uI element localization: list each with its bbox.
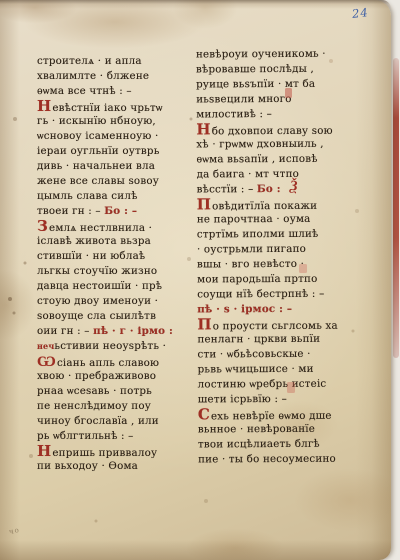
text-segment: руице вьѕъпїи · мт ба — [196, 78, 315, 91]
manuscript-line: іславѣ живота вьзра — [37, 234, 191, 249]
rubric-segment: неч — [37, 341, 54, 351]
manuscript-line: пѣ · ѕ · ірмос : – — [197, 302, 357, 318]
text-segment: стртїмь иполми шлиѣ — [197, 228, 319, 241]
text-segment: твоеи гн : – — [37, 205, 104, 217]
rubric-segment: пѣ · ѕ · ірмос : – — [197, 303, 292, 315]
manuscript-line: Нбо дховпои славу ѕою — [196, 122, 356, 138]
manuscript-line: оии гн : – пѣ · г · ірмо : — [37, 324, 191, 339]
photo-background: 24 строителѧ · и аплахвалимлте · блженеѳ… — [0, 0, 400, 560]
manuscript-line: пе ненслѣдимоу поу — [37, 399, 191, 414]
text-segment: чиноу бгославїа , или — [37, 415, 159, 427]
text-segment: вшы · вго невѣсто · — [197, 258, 304, 271]
manuscript-line: рьвь ѡчицьшисе · ми — [198, 362, 358, 378]
text-segment: милостивѣ : – — [196, 108, 272, 120]
text-segment: ѳѡма все чтнѣ : – — [37, 85, 132, 97]
text-segment: лостиню ѡребрь истеіс — [198, 378, 327, 391]
manuscript-line: стртїмь иполми шлиѣ — [197, 227, 357, 243]
manuscript-line: гь · искынїю нбноую, — [37, 114, 191, 129]
manuscript-line: Ѡсіань апль славою — [37, 354, 191, 369]
text-segment: да баига · мт чтпо — [197, 168, 300, 181]
text-segment: жене все славы ѕовоу — [37, 175, 159, 187]
text-segment: гь · искынїю нбноую, — [37, 115, 156, 127]
text-segment: ьстивии неоуѕрѣть · — [54, 340, 166, 352]
manuscript-line: вшы · вго невѣсто · — [197, 257, 357, 273]
text-segment: стоую двоу именоуи · — [37, 295, 158, 307]
manuscript-line: твоеи гн : – Бо : – — [37, 204, 191, 219]
manuscript-line: твои исцѣлиаеть блгѣ — [198, 437, 358, 453]
manuscript-line: сти · ѡбьѣсовьскые · — [197, 347, 357, 363]
red-pigment-patch — [285, 88, 292, 98]
text-segment: овѣдитїлїа покажи — [212, 200, 317, 213]
text-segment: евѣстнїи іако чрьтѡ — [52, 102, 162, 114]
text-segment: хвалимлте · блжене — [37, 70, 149, 82]
text-segment: дивь · начальнеи вла — [37, 160, 155, 172]
manuscript-line: милостивѣ : – — [196, 107, 356, 123]
text-segment: сти · ѡбьѣсовьскые · — [197, 348, 310, 361]
manuscript-line: соущи нїѣ бестрпнѣ : – — [197, 287, 357, 303]
manuscript-line: Непришь приввалоу — [37, 444, 191, 459]
text-segment: давца нестоишїи · прѣ — [37, 280, 162, 292]
manuscript-line: руице вьѕъпїи · мт ба — [196, 77, 356, 93]
manuscript-line: шети ісрьвїю : – — [198, 392, 358, 408]
manuscript-line: пенлагн · цркви вьпїи — [197, 332, 357, 348]
text-segment: строителѧ · и апла — [37, 55, 142, 67]
rubric-segment: Ѡ — [37, 352, 56, 370]
manuscript-line: Землѧ нестлвнила · — [37, 219, 191, 234]
manuscript-line: Сехь невѣрїе ѳѡмо дше — [198, 407, 358, 423]
rubric-segment: П — [197, 315, 211, 333]
text-segment: мои пародьшїа пртпо — [197, 273, 317, 286]
text-segment: ѕовоуще сла сыилѣтв — [37, 310, 156, 322]
manuscript-line: мои пародьшїа пртпо — [197, 272, 357, 288]
text-segment: бо дховпои славу ѕою — [212, 125, 333, 138]
text-segment: твои исцѣлиаеть блгѣ — [198, 438, 320, 451]
manuscript-line: нечьстивии неоуѕрѣть · — [37, 339, 191, 354]
rubric-segment: пѣ · г · ірмо : — [93, 325, 173, 337]
rubric-segment: З — [37, 217, 48, 235]
text-segment: епришь приввалоу — [52, 447, 157, 459]
manuscript-line: хвою · пребраживово — [37, 369, 191, 384]
text-segment: · оустрьмли пигапо — [197, 243, 306, 256]
text-segment: хѣ · грѡмѡ дховныиль , — [196, 138, 323, 151]
manuscript-line: вьнное · невѣрованїе — [198, 422, 358, 438]
folio-number: 24 — [351, 5, 369, 21]
text-segment: ѡсновоу ісаменноую · — [37, 130, 158, 142]
manuscript-line: строителѧ · и апла — [37, 54, 191, 69]
manuscript-line: невѣроуи оученикомь · — [196, 47, 356, 63]
right-text-column: невѣроуи оученикомь ·вѣровавше послѣды ,… — [196, 47, 358, 468]
manuscript-line: пи вьходоу · Ѳома — [37, 459, 191, 474]
manuscript-line: цымль слава силѣ — [37, 189, 191, 204]
parchment-speckles — [0, 0, 2, 2]
manuscript-line: ѳѡма вьѕапїи , исповѣ — [196, 152, 356, 168]
manuscript-line: чиноу бгославїа , или — [37, 414, 191, 429]
rubric-segment: П — [197, 195, 211, 213]
rubric-segment: Бо : — [257, 183, 281, 195]
text-segment: вѣсстїи : – — [197, 183, 257, 195]
manuscript-line: вѣровавше послѣды , — [196, 62, 356, 78]
text-segment: іславѣ живота вьзра — [37, 235, 151, 247]
text-segment: сіань апль славою — [57, 357, 159, 369]
manuscript-line: ѕовоуще сла сыилѣтв — [37, 309, 191, 324]
rubric-segment: С — [198, 405, 210, 423]
manuscript-line: лостиню ѡребрь истеіс — [198, 377, 358, 393]
manuscript-line: стоую двоу именоуи · — [37, 294, 191, 309]
book-fore-edge — [393, 58, 399, 358]
text-segment: ѳѡма вьѕапїи , исповѣ — [196, 153, 317, 166]
manuscript-line: Повѣдитїлїа покажи — [197, 197, 357, 213]
manuscript-line: хвалимлте · блжене — [37, 69, 191, 84]
manuscript-line: · оустрьмли пигапо — [197, 242, 357, 258]
manuscript-line: вѣсстїи : – Бо : — [197, 182, 357, 198]
text-segment: рь ѡблгтильнѣ : – — [37, 430, 133, 442]
manuscript-line: ѡсновоу ісаменноую · — [37, 129, 191, 144]
text-segment: шети ісрьвїю : – — [198, 393, 287, 405]
red-pigment-patch — [299, 264, 307, 273]
text-segment: не парочтнаа · оума — [197, 213, 311, 226]
text-segment: рнаа ѡсеѕавь · потрь — [37, 385, 152, 397]
text-segment: рьвь ѡчицьшисе · ми — [198, 363, 314, 376]
rubric-segment: Н — [37, 442, 51, 460]
manuscript-line: іераи оугльнїи оутврь — [37, 144, 191, 159]
manuscript-line: жене все славы ѕовоу — [37, 174, 191, 189]
manuscript-line: пие · ты бо несоумесино — [198, 452, 358, 468]
manuscript-line: давца нестоишїи · прѣ — [37, 279, 191, 294]
manuscript-line: По проусти сьглсомь ха — [197, 317, 357, 333]
text-segment: вѣровавше послѣды , — [196, 63, 314, 76]
text-segment: оии гн : – — [37, 325, 93, 337]
manuscript-line: льгкы стоучїю жизно — [37, 264, 191, 279]
manuscript-line: да баига · мт чтпо — [197, 167, 357, 183]
text-segment: соущи нїѣ бестрпнѣ : – — [197, 288, 324, 301]
manuscript-line: рнаа ѡсеѕавь · потрь — [37, 384, 191, 399]
manuscript-line: не парочтнаа · оума — [197, 212, 357, 228]
manuscript-line: ѳѡма все чтнѣ : – — [37, 84, 191, 99]
text-segment: вьнное · невѣрованїе — [198, 423, 315, 436]
text-segment: хвою · пребраживово — [37, 370, 156, 382]
manuscript-line: Невѣстнїи іако чрьтѡ — [37, 99, 191, 114]
manuscript-line: иьѕвецили много — [196, 92, 356, 108]
manuscript-line: стившїи · ни юблаѣ — [37, 249, 191, 264]
text-segment: о проусти сьглсомь ха — [213, 320, 338, 333]
text-segment: ехь невѣрїе ѳѡмо дше — [211, 410, 332, 423]
text-segment: емлѧ нестлвнила · — [49, 222, 152, 234]
left-text-column: строителѧ · и аплахвалимлте · блженеѳѡма… — [37, 54, 191, 474]
red-pigment-patch — [287, 382, 295, 393]
text-segment: невѣроуи оученикомь · — [196, 48, 326, 61]
text-segment: льгкы стоучїю жизно — [37, 265, 157, 277]
manuscript-line: рь ѡблгтильнѣ : – — [37, 429, 191, 444]
manuscript-line: дивь · начальнеи вла — [37, 159, 191, 174]
rubric-segment: Н — [196, 120, 210, 138]
text-segment: пи вьходоу · Ѳома — [37, 460, 138, 472]
manuscript-page: 24 строителѧ · и аплахвалимлте · блженеѳ… — [0, 0, 391, 560]
text-segment: пенлагн · цркви вьпїи — [197, 333, 320, 346]
quire-mark: чо — [8, 526, 20, 536]
text-segment: цымль слава силѣ — [37, 190, 137, 202]
text-segment: іераи оугльнїи оутврь — [37, 145, 160, 157]
text-segment: пие · ты бо несоумесино — [198, 453, 336, 466]
rubric-segment: Н — [37, 97, 51, 115]
text-segment: пе ненслѣдимоу поу — [37, 400, 151, 412]
rubric-segment: Бо : – — [104, 205, 137, 217]
text-segment: иьѕвецили много — [196, 93, 292, 105]
manuscript-line: хѣ · грѡмѡ дховныиль , — [196, 137, 356, 153]
text-segment: стившїи · ни юблаѣ — [37, 250, 145, 262]
